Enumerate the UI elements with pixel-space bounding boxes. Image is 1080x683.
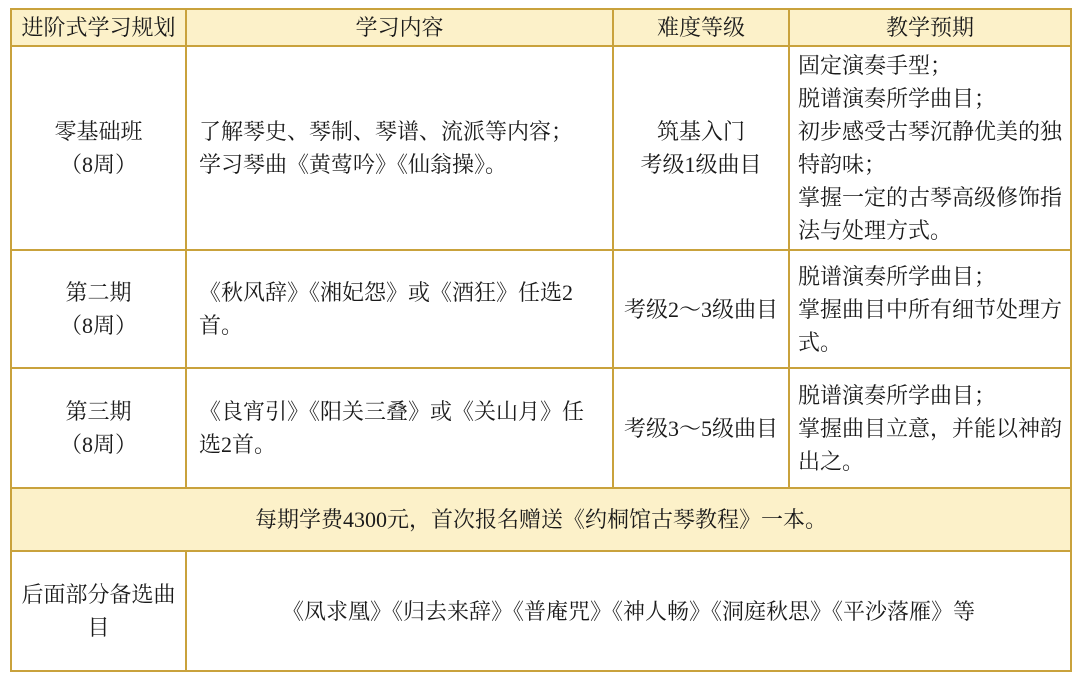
header-cell-content: 学习内容 bbox=[186, 9, 613, 46]
stage-content-cell: 《秋风辞》《湘妃怨》或《酒狂》任选2首。 bbox=[186, 250, 613, 368]
header-cell-difficulty: 难度等级 bbox=[613, 9, 789, 46]
stage-expectation-cell: 脱谱演奏所学曲目； 掌握曲目中所有细节处理方式。 bbox=[789, 250, 1071, 368]
stage-name-cell: 零基础班 （8周） bbox=[11, 46, 186, 250]
optional-songs-list: 《凤求凰》《归去来辞》《普庵咒》《神人畅》《洞庭秋思》《平沙落雁》等 bbox=[186, 551, 1071, 671]
stage-difficulty-cell: 筑基入门 考级1级曲目 bbox=[613, 46, 789, 250]
course-plan-table: 进阶式学习规划 学习内容 难度等级 教学预期 零基础班 （8周） 了解琴史、琴制… bbox=[10, 8, 1072, 672]
course-plan-page: 进阶式学习规划 学习内容 难度等级 教学预期 零基础班 （8周） 了解琴史、琴制… bbox=[0, 0, 1080, 683]
tuition-note: 每期学费4300元，首次报名赠送《约桐馆古琴教程》一本。 bbox=[11, 488, 1071, 551]
header-cell-expectation: 教学预期 bbox=[789, 9, 1071, 46]
stage-difficulty-cell: 考级3～5级曲目 bbox=[613, 368, 789, 488]
header-cell-plan: 进阶式学习规划 bbox=[11, 9, 186, 46]
table-header-row: 进阶式学习规划 学习内容 难度等级 教学预期 bbox=[11, 9, 1071, 46]
stage-difficulty-cell: 考级2～3级曲目 bbox=[613, 250, 789, 368]
optional-songs-row: 后面部分备选曲目 《凤求凰》《归去来辞》《普庵咒》《神人畅》《洞庭秋思》《平沙落… bbox=[11, 551, 1071, 671]
stage-name-cell: 第三期 （8周） bbox=[11, 368, 186, 488]
stage-expectation-cell: 脱谱演奏所学曲目； 掌握曲目立意，并能以神韵出之。 bbox=[789, 368, 1071, 488]
stage-content-cell: 《良宵引》《阳关三叠》或《关山月》任选2首。 bbox=[186, 368, 613, 488]
stage-name-cell: 第二期 （8周） bbox=[11, 250, 186, 368]
stage-content-cell: 了解琴史、琴制、琴谱、流派等内容； 学习琴曲《黄莺吟》《仙翁操》。 bbox=[186, 46, 613, 250]
table-row-stage-2: 第二期 （8周） 《秋风辞》《湘妃怨》或《酒狂》任选2首。 考级2～3级曲目 脱… bbox=[11, 250, 1071, 368]
stage-expectation-cell: 固定演奏手型； 脱谱演奏所学曲目； 初步感受古琴沉静优美的独特韵味； 掌握一定的… bbox=[789, 46, 1071, 250]
table-row-stage-3: 第三期 （8周） 《良宵引》《阳关三叠》或《关山月》任选2首。 考级3～5级曲目… bbox=[11, 368, 1071, 488]
table-row-stage-1: 零基础班 （8周） 了解琴史、琴制、琴谱、流派等内容； 学习琴曲《黄莺吟》《仙翁… bbox=[11, 46, 1071, 250]
tuition-banner-row: 每期学费4300元，首次报名赠送《约桐馆古琴教程》一本。 bbox=[11, 488, 1071, 551]
optional-songs-label: 后面部分备选曲目 bbox=[11, 551, 186, 671]
